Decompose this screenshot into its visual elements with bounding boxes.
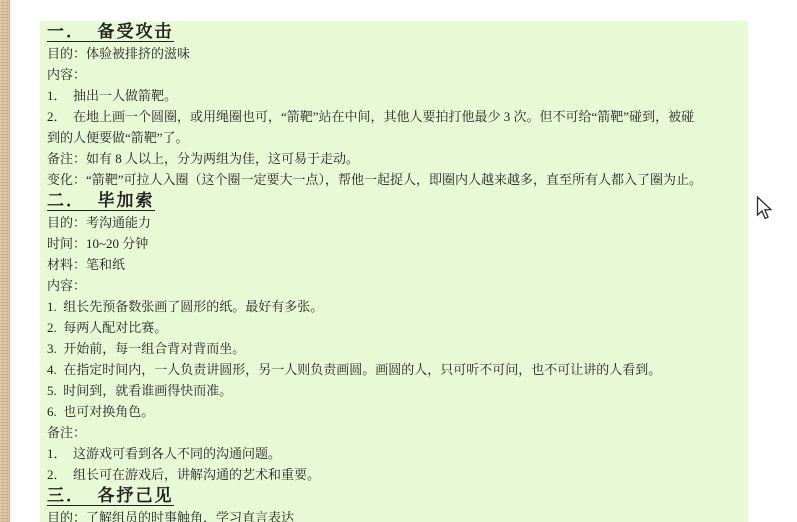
document-line: 4. 在指定时间内，一人负责讲圆形，另一人则负责画圆。画圆的人，只可听不可问，也… [47, 359, 748, 380]
document-content: 一． 备受攻击目的：体验被排挤的滋味内容：1． 抽出一人做箭靶。2． 在地上画一… [40, 21, 748, 522]
section-heading-text: 一． 备受攻击 [47, 22, 174, 42]
document-line: 3. 开始前，每一组合背对背而坐。 [47, 338, 748, 359]
document-line: 6. 也可对换角色。 [47, 401, 748, 422]
document-line: 1． 抽出一人做箭靶。 [47, 85, 748, 106]
section-heading-text: 二． 毕加索 [47, 191, 155, 211]
document-line: 1． 这游戏可看到各人不同的沟通问题。 [47, 443, 748, 464]
document-line: 备注：如有 8 人以上，分为两组为佳，这可易于走动。 [47, 148, 748, 169]
document-line: 时间：10~20 分钟 [47, 233, 748, 254]
document-line: 2. 每两人配对比赛。 [47, 317, 748, 338]
mouse-cursor [756, 196, 773, 222]
page-border-texture [0, 0, 10, 522]
document-line: 5. 时间到，就看谁画得快而准。 [47, 380, 748, 401]
document-line: 内容： [47, 64, 748, 85]
document-line: 2． 组长可在游戏后，讲解沟通的艺术和重要。 [47, 464, 748, 485]
section-heading: 二． 毕加索 [47, 190, 748, 212]
document-line: 备注： [47, 422, 748, 443]
section-heading: 三． 各抒己见 [47, 485, 748, 507]
section-heading-text: 三． 各抒己见 [47, 486, 174, 506]
page: 一． 备受攻击目的：体验被排挤的滋味内容：1． 抽出一人做箭靶。2． 在地上画一… [0, 0, 797, 522]
document-line: 目的：考沟通能力 [47, 212, 748, 233]
section-heading: 一． 备受攻击 [47, 21, 748, 43]
document-line: 目的：体验被排挤的滋味 [47, 43, 748, 64]
document-line: 变化：“箭靶”可拉人入圈（这个圈一定要大一点），帮他一起捉人，即圈内人越来越多，… [47, 169, 748, 190]
document-line: 目的：了解组员的时事触角，学习直言表达 [47, 507, 748, 522]
document-line: 1. 组长先预备数张画了圆形的纸。最好有多张。 [47, 296, 748, 317]
document-line: 材料：笔和纸 [47, 254, 748, 275]
document-line: 2． 在地上画一个圆圈，或用绳圈也可，“箭靶”站在中间，其他人要拍打他最少 3 … [47, 106, 748, 127]
document-line: 到的人便要做“箭靶”了。 [47, 127, 748, 148]
document-line: 内容： [47, 275, 748, 296]
